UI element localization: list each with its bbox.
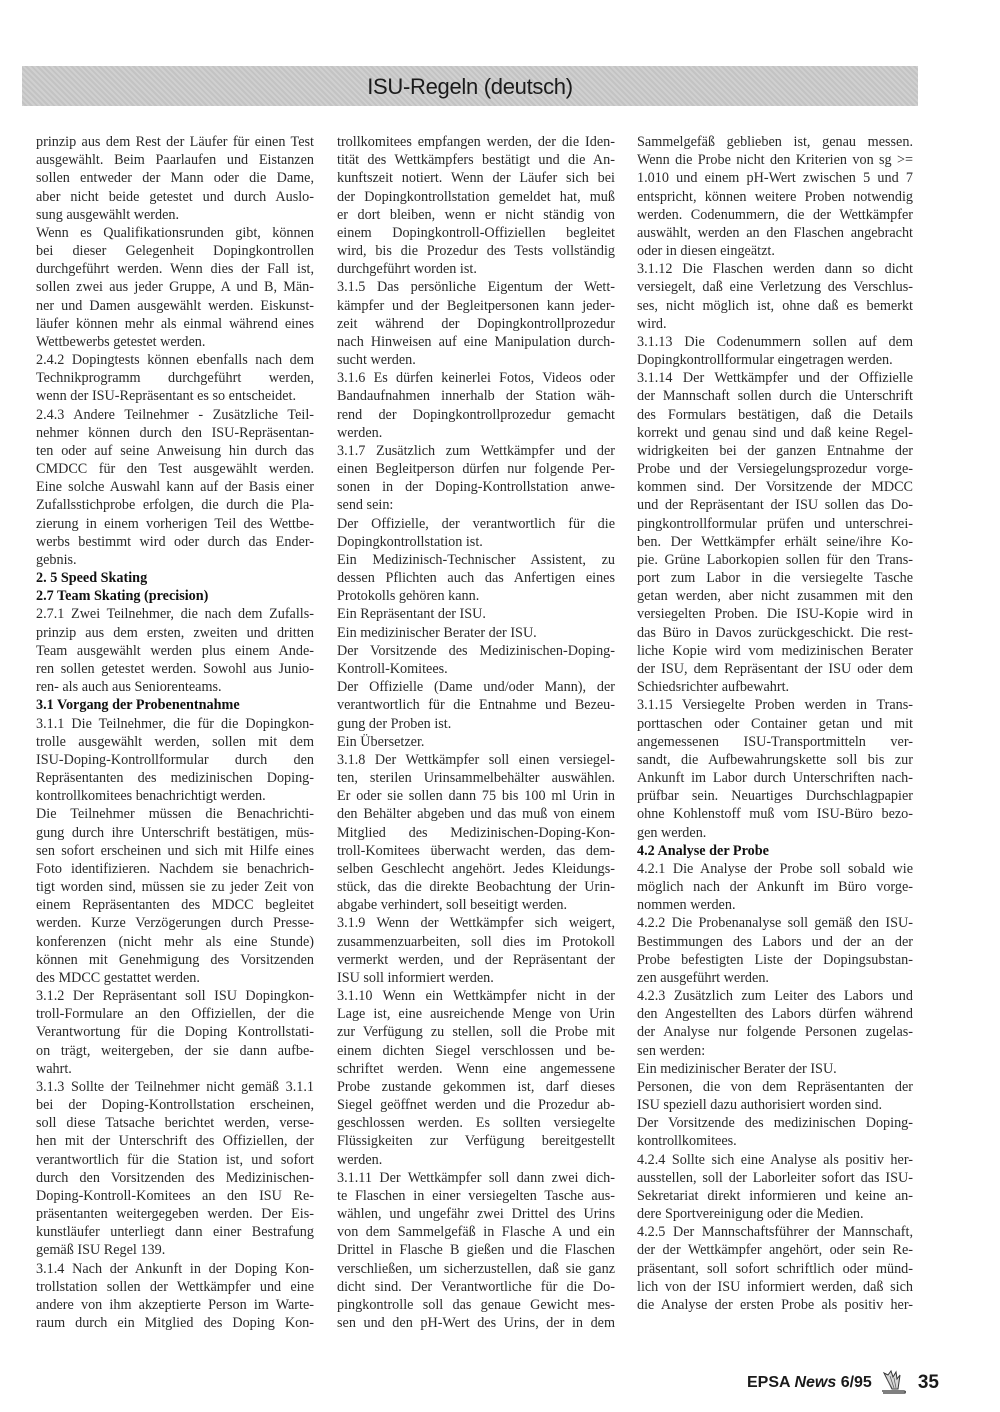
text-line: von dem Sammelgefäß in Flasche A und ein [337,1223,615,1241]
text-line: 4.2.5 Der Mannschaftsführer der Mannscha… [637,1223,913,1241]
text-line: prinzip aus dem Rest der Läufer für eine… [36,133,314,151]
text-line: Wenn es Qualifikationsrunden gibt, könne… [36,224,314,242]
page-number: 35 [918,1372,939,1394]
text-line: Repräsentanten des medizinischen Doping- [36,769,314,787]
text-line: pingkontrollformular prüfen und untersch… [637,515,913,533]
text-line: hen mit der Unterschrift des Offiziellen… [36,1132,314,1150]
text-line: werbs bestimmt wird oder durch das Ender… [36,533,314,551]
text-line: ISU soll informiert werden. [337,969,615,987]
text-line: pingkontrolle soll das genaue Gewicht me… [337,1296,615,1314]
text-column-2: trollkomitees empfangen werden, der die … [337,133,615,1332]
text-line: den Angestellten des Labors dürfen währe… [637,1005,913,1023]
text-line: durchgeführt worden ist. [337,260,615,278]
text-column-1: prinzip aus dem Rest der Läufer für eine… [36,133,314,1332]
text-line: sonen in der Doping-Kontrollstation anwe… [337,478,615,496]
text-line: getan werden, aber nicht zusammen mit de… [637,587,913,605]
text-line: kommen sind. Der Vorsitzende der MDCC [637,478,913,496]
text-line: Ein Repräsentant der ISU. [337,605,615,623]
text-line: trollstation sollen der Wettkämpfer und … [36,1278,314,1296]
text-line: pie. Grüne Laborkopien sollen für den Tr… [637,551,913,569]
text-line: der der Wettkämpfer angehört, oder sein … [637,1241,913,1259]
text-line: und der Repräsentant der ISU sollen das … [637,496,913,514]
text-line: durch den Vorsitzenden des Medizinischen… [36,1169,314,1187]
text-line: ses, nicht möglich ist, ohne daß es beme… [637,297,913,315]
text-line: oder in diesen eingeätzt. [637,242,913,260]
section-heading: 3.1 Vorgang der Probenentnahme [36,696,314,714]
text-line: 3.1.4 Nach der Ankunft in der Doping Kon… [36,1260,314,1278]
text-line: Der Vorsitzende des Medizinischen-Doping… [337,642,615,660]
text-line: werden. Codenummern, die der Wettkämpfer [637,206,913,224]
text-line: ausgewählt. Beim Paarlaufen und Eistanze… [36,151,314,169]
text-line: Ein Übersetzer. [337,733,615,751]
text-line: widrigkeiten bei der ganzen Entnahme der [637,442,913,460]
text-line: verschließen, um sicherzustellen, daß si… [337,1260,615,1278]
text-line: sung ausgewählt werden. [36,206,314,224]
text-line: Wettbewerbs getestet werden. [36,333,314,351]
text-line: der Dopingkontrollstation gemeldet hat, … [337,188,615,206]
text-line: vermerkt werden, und der Repräsentant de… [337,951,615,969]
text-line: 3.1.6 Es dürfen keinerlei Fotos, Videos … [337,369,615,387]
text-line: sollen entweder der Mann oder die Dame, [36,169,314,187]
text-line: stück, das die direkte Beobachtung der U… [337,878,615,896]
text-line: Zufallsstichprobe erfolgen, die durch di… [36,496,314,514]
section-heading: 2. 5 Speed Skating [36,569,314,587]
text-line: Doping-Kontroll-Komitees an den ISU Re- [36,1187,314,1205]
text-line: wird, bis die Prozedur des Tests vollstä… [337,242,615,260]
text-line: 3.1.14 Der Wettkämpfer und der Offiziell… [637,369,913,387]
text-line: 3.1.15 Versiegelte Proben werden in Tran… [637,696,913,714]
text-line: 2.4.3 Andere Teilnehmer - Zusätzliche Te… [36,406,314,424]
text-line: Probe befestigten Liste der Dopingsubsta… [637,951,913,969]
text-line: des MDCC gestattet werden. [36,969,314,987]
text-line: porttaschen oder Container getan und mit [637,715,913,733]
text-line: werden. [337,424,615,442]
text-line: schriftet werden. Wenn eine angemessene [337,1060,615,1078]
text-line: dicht sind. Der Verantwortliche für die … [337,1278,615,1296]
text-line: Lage ist, eine ausreichende Menge von Ur… [337,1005,615,1023]
text-line: Verantwortung für die Doping Kontrollsta… [36,1023,314,1041]
text-line: bei der Doping-Kontrollstation erscheine… [36,1096,314,1114]
text-line: der Mannschaft sollen durch die Untersch… [637,387,913,405]
text-line: Ein Medizinisch-Technischer Assistent, z… [337,551,615,569]
text-line: sen und den pH-Wert des Urins, der in de… [337,1314,615,1332]
text-line: port zum Labor in die versiegelte Tasche [637,569,913,587]
text-line: soll diese Tatsache berichtet werden, ve… [36,1114,314,1132]
text-line: Eine solche Auswahl kann auf der Basis e… [36,478,314,496]
text-line: die Analyse der ersten Probe als positiv… [637,1296,913,1314]
text-line: durchgeführt werden. Wenn dies der Fall … [36,260,314,278]
text-line: zen ausgeführt werden. [637,969,913,987]
text-line: 3.1.13 Die Codenummern sollen auf dem [637,333,913,351]
text-line: zeit während der Dopingkontrollprozedur [337,315,615,333]
text-line: 3.1.2 Der Repräsentant soll ISU Dopingko… [36,987,314,1005]
section-heading: 2.7 Team Skating (precision) [36,587,314,605]
text-line: gung durch ihre Unterschrift bestätigen,… [36,824,314,842]
text-line: Probe zustande gekommen ist, darf dieses [337,1078,615,1096]
text-line: kunftszeit notiert. Wenn der Läufer sich… [337,169,615,187]
text-line: präsentanten weitergegeben werden. Der E… [36,1205,314,1223]
text-line: sollen zwei aus jeder Gruppe, A und B, M… [36,278,314,296]
text-line: er dort bleiben, wenn er nicht ständig v… [337,206,615,224]
text-line: Ein medizinischer Berater der ISU. [637,1060,913,1078]
text-line: Flüssigkeiten zur Verfügung bereitgestel… [337,1132,615,1150]
text-line: CMDCC für den Test ausgewählt werden. [36,460,314,478]
text-line: werden. [337,1151,615,1169]
text-line: 3.1.8 Der Wettkämpfer soll einen versieg… [337,751,615,769]
text-line: abgabe verhindert, soll beseitigt werden… [337,896,615,914]
text-line: 2.7.1 Zwei Teilnehmer, die nach dem Zufa… [36,605,314,623]
text-line: Schiedsrichter aufbewahrt. [637,678,913,696]
text-line: wahrt. [36,1060,314,1078]
text-line: trollkomitees empfangen werden, der die … [337,133,615,151]
page-title: ISU-Regeln (deutsch) [367,74,573,100]
text-line: einem dichten Siegel verschlossen und be… [337,1042,615,1060]
text-line: wählen, und ungefähr zwei Drittel des Ur… [337,1205,615,1223]
text-line: troll-Formulare an den Offiziellen, der … [36,1005,314,1023]
text-line: gebnis. [36,551,314,569]
text-line: angemessenen ISU-Transportmitteln ver- [637,733,913,751]
publication-name: EPSA News 6/95 [747,1374,872,1392]
text-line: Drittel in Flasche B gießen und die Flas… [337,1241,615,1259]
text-line: on trägt, weitergeben, der sie dann aufb… [36,1042,314,1060]
text-line: ren sollen getestet werden. Sowohl aus J… [36,660,314,678]
text-line: kontrollkomitees. [637,1132,913,1150]
text-line: ren- als auch aus Seniorenteams. [36,678,314,696]
text-line: sucht werden. [337,351,615,369]
text-column-3: Sammelgefäß geblieben ist, genau messen.… [637,133,913,1314]
text-line: kontrollkomitees benachrichtigt werden. [36,787,314,805]
text-line: geschlossen werden. Es sollten versiegel… [337,1114,615,1132]
text-line: präsentant, soll sofort schriftlich oder… [637,1260,913,1278]
text-line: ben. Der Wettkämpfer erhält seine/ihre K… [637,533,913,551]
text-line: 4.2.3 Zusätzlich zum Leiter des Labors u… [637,987,913,1005]
text-line: Der Vorsitzende des medizinischen Doping… [637,1114,913,1132]
skater-wing-logo-icon [878,1369,908,1397]
text-line: Dopingkontrollformular eingetragen werde… [637,351,913,369]
text-line: 3.1.1 Die Teilnehmer, die für die Doping… [36,715,314,733]
text-line: möglich nach der Ankunft im Büro vorge- [637,878,913,896]
text-line: 3.1.11 Der Wettkämpfer soll dann zwei di… [337,1169,615,1187]
text-line: 3.1.5 Das persönliche Eigentum der Wett- [337,278,615,296]
text-line: zierung in einem vorherigen Teil des Wet… [36,515,314,533]
text-line: Der Offizielle, der verantwortlich für d… [337,515,615,533]
text-line: nehmer können durch den ISU-Repräsentan- [36,424,314,442]
text-line: Kontroll-Komitees. [337,660,615,678]
text-line: ISU speziell dazu authorisiert worden si… [637,1096,913,1114]
text-line: liche Kopie wird vom medizinischen Berat… [637,642,913,660]
text-line: konferenzen (nicht mehr als eine Stunde) [36,933,314,951]
text-line: wenn der ISU-Repräsentant es so entschei… [36,387,314,405]
text-line: Bandaufnahmen innerhalb der Station wäh- [337,387,615,405]
text-line: werden. Kurze Verzögerungen durch Presse… [36,914,314,932]
text-line: den Behälter abgeben und das muß von ein… [337,805,615,823]
text-line: te Flaschen in einer versiegelten Tasche… [337,1187,615,1205]
text-line: nach Hinweisen auf eine Manipulation dur… [337,333,615,351]
text-line: 1.010 und einem pH-Wert zwischen 5 und 7 [637,169,913,187]
text-line: einen Begleitperson dürfen nur folgende … [337,460,615,478]
text-line: nommen werden. [637,896,913,914]
text-line: Technikprogramm durchgeführt werden, [36,369,314,387]
text-line: Wenn die Probe nicht den Kriterien von s… [637,151,913,169]
text-line: Ein medizinischer Berater der ISU. [337,624,615,642]
text-line: 2.4.2 Dopingtests können ebenfalls nach … [36,351,314,369]
text-line: Team ausgewählt werden plus einem Ande- [36,642,314,660]
text-line: 4.2.1 Die Analyse der Probe soll sobald … [637,860,913,878]
text-line: gen werden. [637,824,913,842]
text-line: korrekt und genau sind und daß keine Reg… [637,424,913,442]
text-line: ten, sterilen Urinsammelbehälter auswähl… [337,769,615,787]
text-line: trolle ausgewählt werden, sollen mit dem [36,733,314,751]
text-line: 3.1.12 Die Flaschen werden dann so dicht [637,260,913,278]
section-heading: 4.2 Analyse der Probe [637,842,913,860]
text-line: ten oder auf seine Anweisung hin durch d… [36,442,314,460]
text-line: 3.1.7 Zusätzlich zum Wettkämpfer und der [337,442,615,460]
text-line: gung der Proben ist. [337,715,615,733]
text-line: auswählt, werden an den Flaschen angebra… [637,224,913,242]
text-line: Protokolls gehören kann. [337,587,615,605]
text-line: dere Sportvereinigung oder die Medien. [637,1205,913,1223]
text-line: 4.2.2 Die Probenanalyse soll gemäß den I… [637,914,913,932]
text-line: ner und Damen ausgewählt werden. Eiskuns… [36,297,314,315]
text-line: Probe und der Versiegelungsprozedur vorg… [637,460,913,478]
text-line: einem Repräsentanten des MDCC begleitet [36,896,314,914]
text-line: entspricht, können weitere Proben notwen… [637,188,913,206]
text-line: 3.1.3 Sollte der Teilnehmer nicht gemäß … [36,1078,314,1096]
text-line: Bestimmungen des Labors und der an der [637,933,913,951]
text-line: 4.2.4 Sollte sich eine Analyse als posit… [637,1151,913,1169]
text-line: verantwortlich für die Station ist, und … [36,1151,314,1169]
text-line: Sammelgefäß geblieben ist, genau messen. [637,133,913,151]
text-line: versiegelt, daß eine Verletzung des Vers… [637,278,913,296]
text-line: bei dieser Gelegenheit Dopingkontrollen [36,242,314,260]
text-line: der ISU, dem Repräsentant der ISU oder d… [637,660,913,678]
text-line: gemäß ISU Regel 139. [36,1241,314,1259]
text-line: zur Verfügung zu stellen, soll die Probe… [337,1023,615,1041]
text-line: ISU-Doping-Kontrollformular durch den [36,751,314,769]
text-line: lich von der ISU informiert werden, daß … [637,1278,913,1296]
text-line: tigt worden sind, müssen sie zu jeder Ze… [36,878,314,896]
text-line: kunstläufer unterliegt dann einer Bestra… [36,1223,314,1241]
text-line: troll-Komitees überwacht werden, das dem… [337,842,615,860]
text-line: können mit Genehmigung des Vorsitzenden [36,951,314,969]
text-line: ohne Kohlenstoff muß vom ISU-Büro bezo- [637,805,913,823]
text-line: 3.1.9 Wenn der Wettkämpfer sich weigert, [337,914,615,932]
text-line: versiegelten Proben. Die ISU-Kopie wird … [637,605,913,623]
text-line: der Analyse nur folgende Personen zugela… [637,1023,913,1041]
text-line: Der Offizielle (Dame und/oder Mann), der [337,678,615,696]
text-line: sandt, die Aufbewahrungskette soll bis z… [637,751,913,769]
text-line: wird. [637,315,913,333]
text-line: tität des Wettkämpfers bestätigt und die… [337,151,615,169]
text-line: kämpfer und der Begleitpersonen kann jed… [337,297,615,315]
text-line: Mitglied des Medizinischen-Doping-Kon- [337,824,615,842]
text-line: sen sofort erscheinen und sich mit Hilfe… [36,842,314,860]
text-line: Siegel geöffnet werden und die Prozedur … [337,1096,615,1114]
text-line: selben Geschlecht angehört. Jedes Kleidu… [337,860,615,878]
page-footer: EPSA News 6/95 35 [747,1370,939,1396]
text-line: Dopingkontrollstation ist. [337,533,615,551]
text-line: aber nicht beide getestet und durch Ausl… [36,188,314,206]
text-line: Ankunft im Labor durch Unterschriften na… [637,769,913,787]
text-line: Die Teilnehmer müssen die Benachrichti- [36,805,314,823]
text-line: ausstellen, soll der Laborleiter sofort … [637,1169,913,1187]
text-line: das Büro in Davos zurückgeschickt. Die r… [637,624,913,642]
text-line: dessen Pflichten auch das Anfertigen ein… [337,569,615,587]
text-line: andere von ihm akzeptierte Person im War… [36,1296,314,1314]
text-line: sen werden: [637,1042,913,1060]
header-bar: ISU-Regeln (deutsch) [22,66,918,106]
text-line: Er oder sie sollen dann 75 bis 100 ml Ur… [337,787,615,805]
text-line: läufer können mehr als einmal während ei… [36,315,314,333]
text-line: Foto identifizieren. Nachdem sie benachr… [36,860,314,878]
text-line: verantwortlich für die Entnahme und Beze… [337,696,615,714]
text-line: einem Dopingkontroll-Offiziellen begleit… [337,224,615,242]
text-line: 3.1.10 Wenn ein Wettkämpfer nicht in der [337,987,615,1005]
text-line: Personen, die von dem Repräsentanten der [637,1078,913,1096]
text-line: Sekretariat direkt informieren und keine… [637,1187,913,1205]
text-line: rend der Dopingkontrollprozedur gemacht [337,406,615,424]
text-line: prinzip aus dem ersten, zweiten und drit… [36,624,314,642]
text-line: des Formulars bestätigen, daß die Detail… [637,406,913,424]
text-line: raum durch ein Mitglied des Doping Kon- [36,1314,314,1332]
text-line: prüfbar sein. Neuartiges Durchschlagpapi… [637,787,913,805]
text-line: zusammenzuarbeiten, soll dies im Protoko… [337,933,615,951]
text-line: send sein: [337,496,615,514]
